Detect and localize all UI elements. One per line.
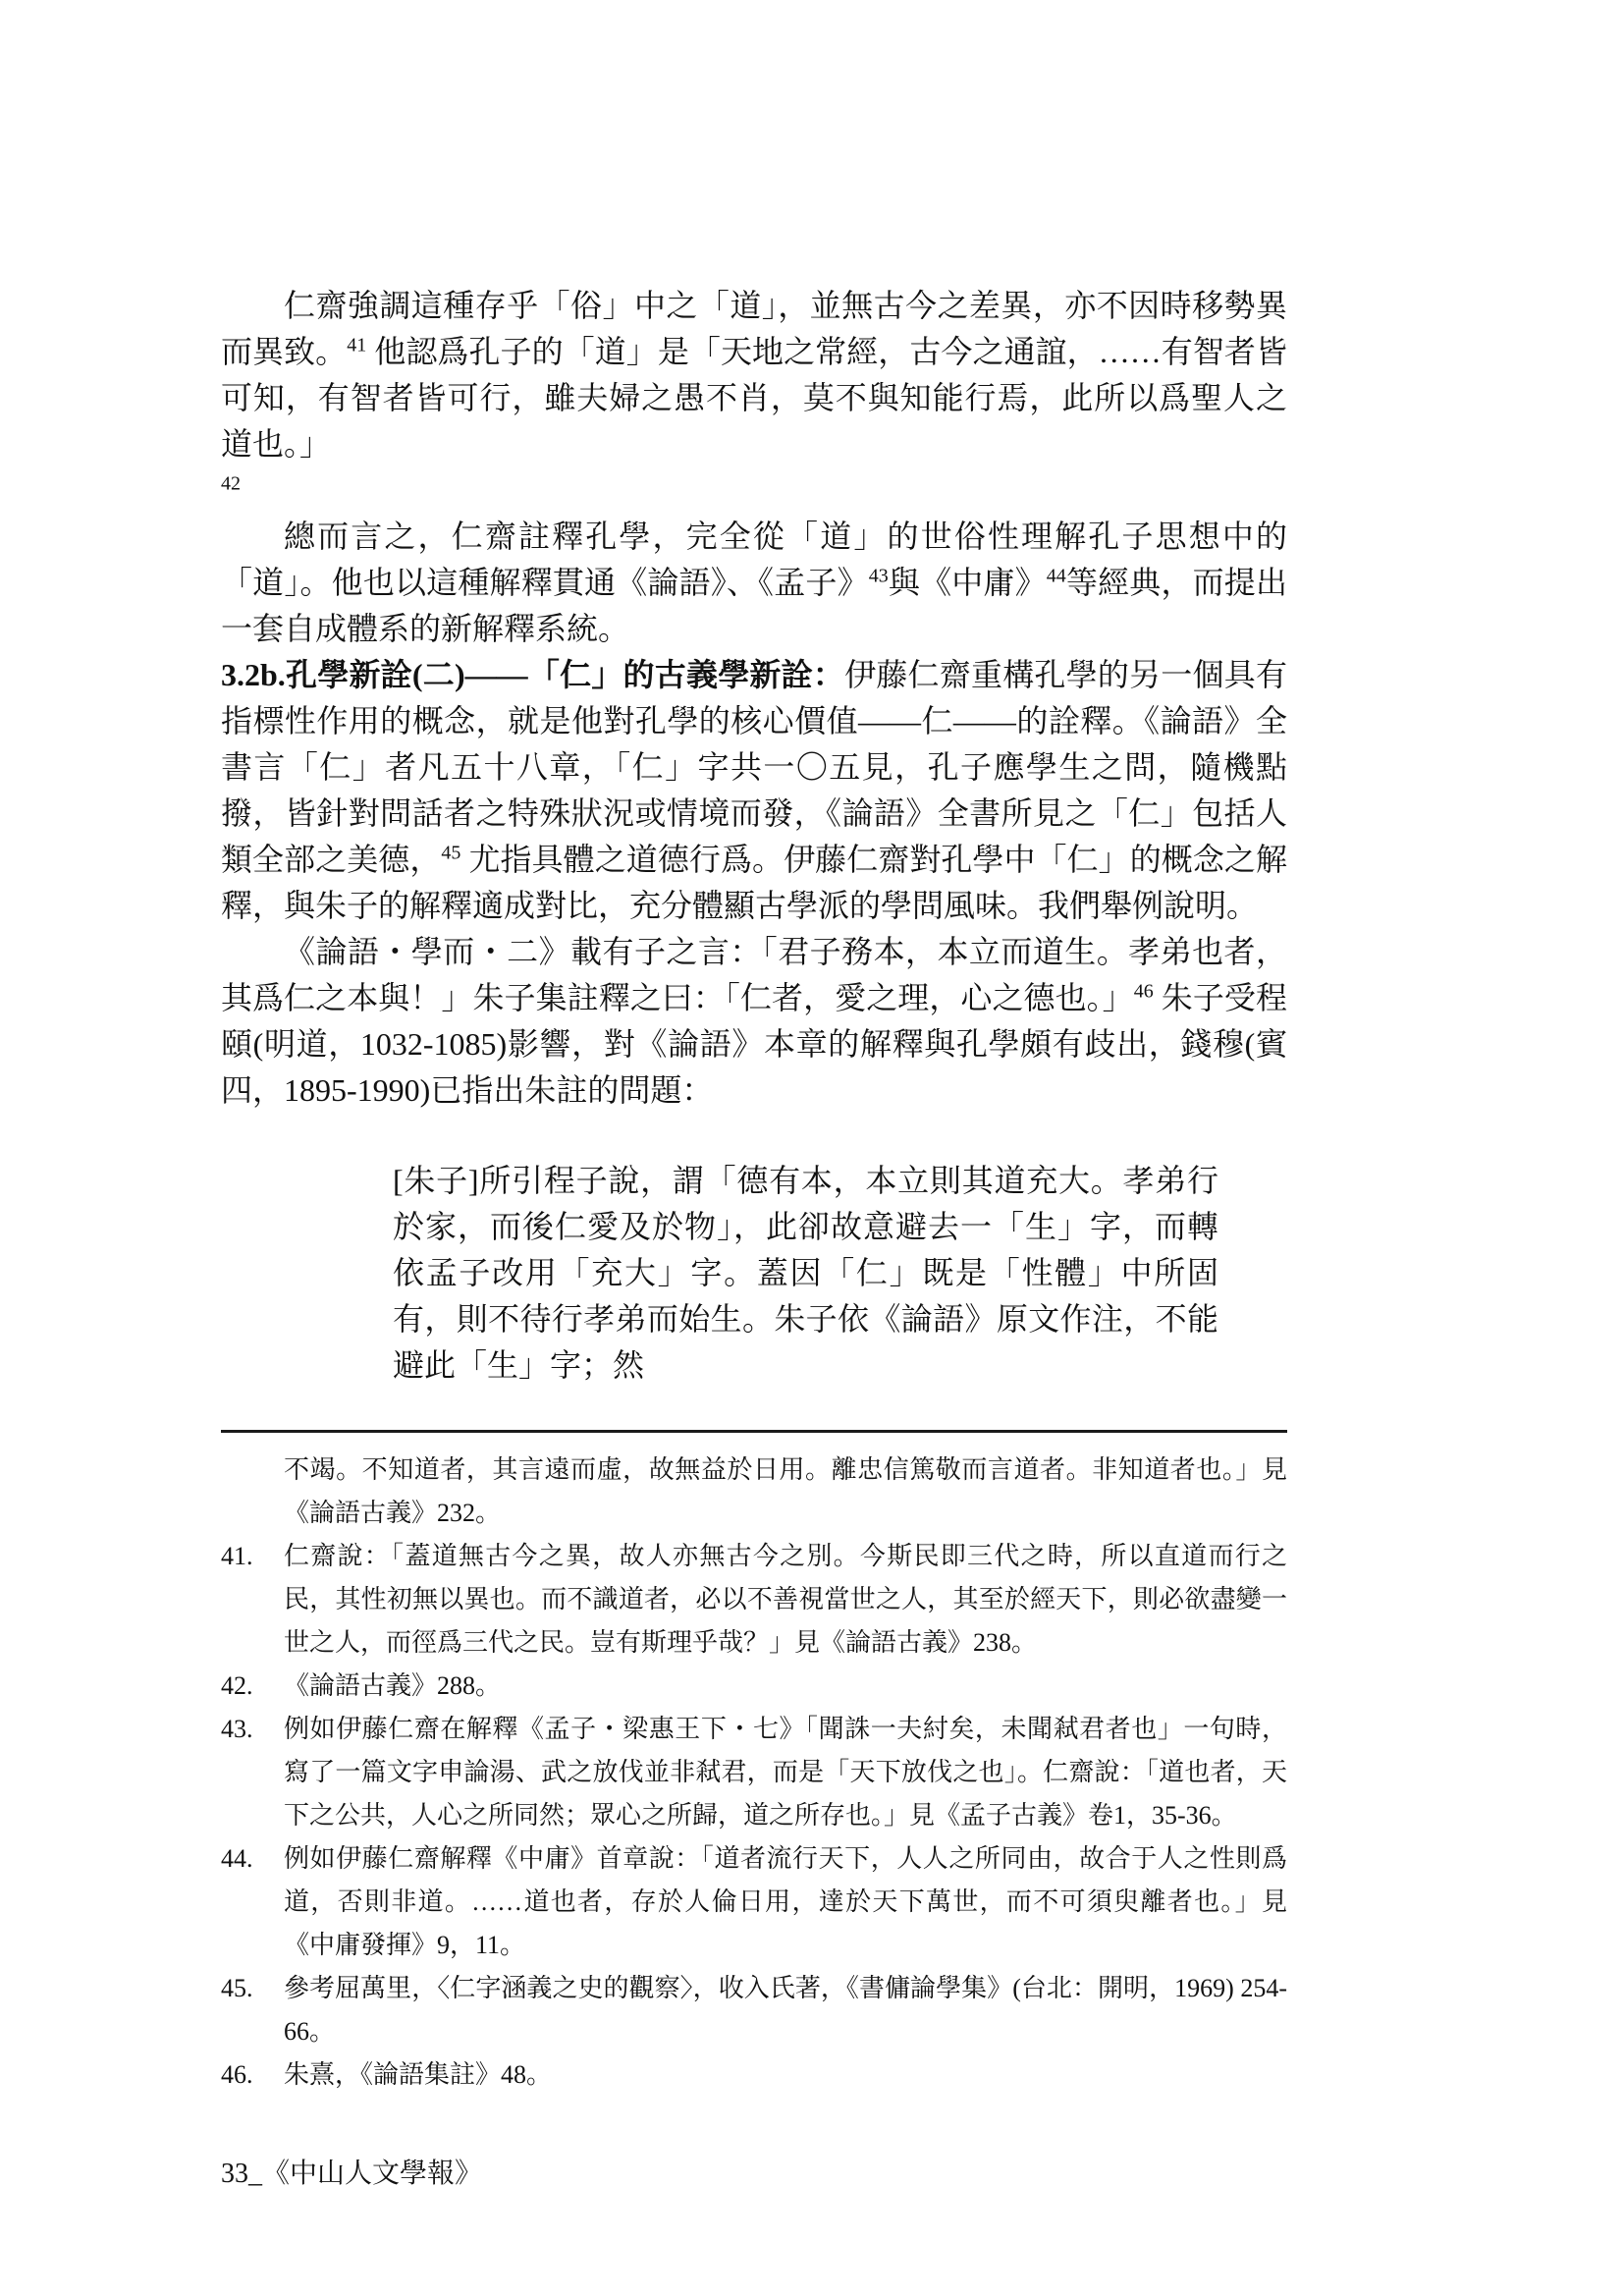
body-text: 仁齋強調這種存乎「俗」中之「道」，並無古今之差異，亦不因時移勢異而異致。41 他… xyxy=(221,283,1287,1114)
footnote-item: 42.《論語古義》288。 xyxy=(221,1665,1287,1708)
footnote-item: 44.例如伊藤仁齋解釋《中庸》首章說：「道者流行天下，人人之所同由，故合于人之性… xyxy=(221,1837,1287,1967)
footnote-number: 45. xyxy=(221,1967,284,2053)
footnote-text: 《論語古義》288。 xyxy=(284,1665,1287,1708)
footnote-continuation: 不竭。不知道者，其言遠而虛，故無益於日用。離忠信篤敬而言道者。非知道者也。」見《… xyxy=(284,1449,1287,1535)
footnote-text: 參考屈萬里，〈仁字涵義之史的觀察〉，收入氏著，《書傭論學集》(台北：開明，196… xyxy=(284,1967,1287,2053)
footnote-separator xyxy=(221,1430,1287,1433)
footnote-ref: 41 xyxy=(347,334,366,355)
paragraph: 總而言之，仁齋註釋孔學，完全從「道」的世俗性理解孔子思想中的「道」。他也以這種解… xyxy=(221,514,1287,652)
page-footer: 33_《中山人文學報》 xyxy=(221,2152,1287,2191)
footnotes: 不竭。不知道者，其言遠而虛，故無益於日用。離忠信篤敬而言道者。非知道者也。」見《… xyxy=(221,1449,1287,2097)
footnote-number: 41. xyxy=(221,1535,284,1665)
footnote-text: 仁齋說：「蓋道無古今之異，故人亦無古今之別。今斯民即三代之時，所以直道而行之民，… xyxy=(284,1535,1287,1665)
footnote-item: 43.例如伊藤仁齋在解釋《孟子・梁惠王下・七》「聞誅一夫紂矣，未聞弒君者也」一句… xyxy=(221,1708,1287,1837)
paragraph: 3.2b.孔學新詮(二)——「仁」的古義學新詮：伊藤仁齋重構孔學的另一個具有指標… xyxy=(221,652,1287,929)
footnote-ref: 45 xyxy=(441,842,460,863)
footnote-text: 例如伊藤仁齋解釋《中庸》首章說：「道者流行天下，人人之所同由，故合于人之性則爲道… xyxy=(284,1837,1287,1967)
footnote-item: 46.朱熹，《論語集註》48。 xyxy=(221,2053,1287,2097)
footnote-ref: 46 xyxy=(1134,980,1154,1002)
footnote-list: 41.仁齋說：「蓋道無古今之異，故人亦無古今之別。今斯民即三代之時，所以直道而行… xyxy=(221,1535,1287,2097)
paragraph: 《論語・學而・二》載有子之言：「君子務本，本立而道生。孝弟也者，其爲仁之本與！」… xyxy=(221,929,1287,1114)
footnote-ref: 42 xyxy=(221,472,241,494)
document-page: 仁齋強調這種存乎「俗」中之「道」，並無古今之差異，亦不因時移勢異而異致。41 他… xyxy=(0,0,1623,2296)
footnote-number: 42. xyxy=(221,1665,284,1708)
footnote-text: 例如伊藤仁齋在解釋《孟子・梁惠王下・七》「聞誅一夫紂矣，未聞弒君者也」一句時，寫… xyxy=(284,1708,1287,1837)
footnote-item: 41.仁齋說：「蓋道無古今之異，故人亦無古今之別。今斯民即三代之時，所以直道而行… xyxy=(221,1535,1287,1665)
footnote-item: 45.參考屈萬里，〈仁字涵義之史的觀察〉，收入氏著，《書傭論學集》(台北：開明，… xyxy=(221,1967,1287,2053)
footnote-number: 43. xyxy=(221,1708,284,1837)
text-column: 仁齋強調這種存乎「俗」中之「道」，並無古今之差異，亦不因時移勢異而異致。41 他… xyxy=(221,283,1287,2191)
section-heading: 3.2b.孔學新詮(二)——「仁」的古義學新詮： xyxy=(221,657,844,692)
footnote-number: 46. xyxy=(221,2053,284,2097)
paragraph: 仁齋強調這種存乎「俗」中之「道」，並無古今之差異，亦不因時移勢異而異致。41 他… xyxy=(221,283,1287,514)
footnote-ref: 44 xyxy=(1047,565,1066,586)
blockquote: [朱子]所引程子說，謂「德有本，本立則其道充大。孝弟行於家，而後仁愛及於物」，此… xyxy=(393,1158,1218,1389)
footnote-text: 朱熹，《論語集註》48。 xyxy=(284,2053,1287,2097)
footnote-number: 44. xyxy=(221,1837,284,1967)
footnote-ref: 43 xyxy=(869,565,889,586)
